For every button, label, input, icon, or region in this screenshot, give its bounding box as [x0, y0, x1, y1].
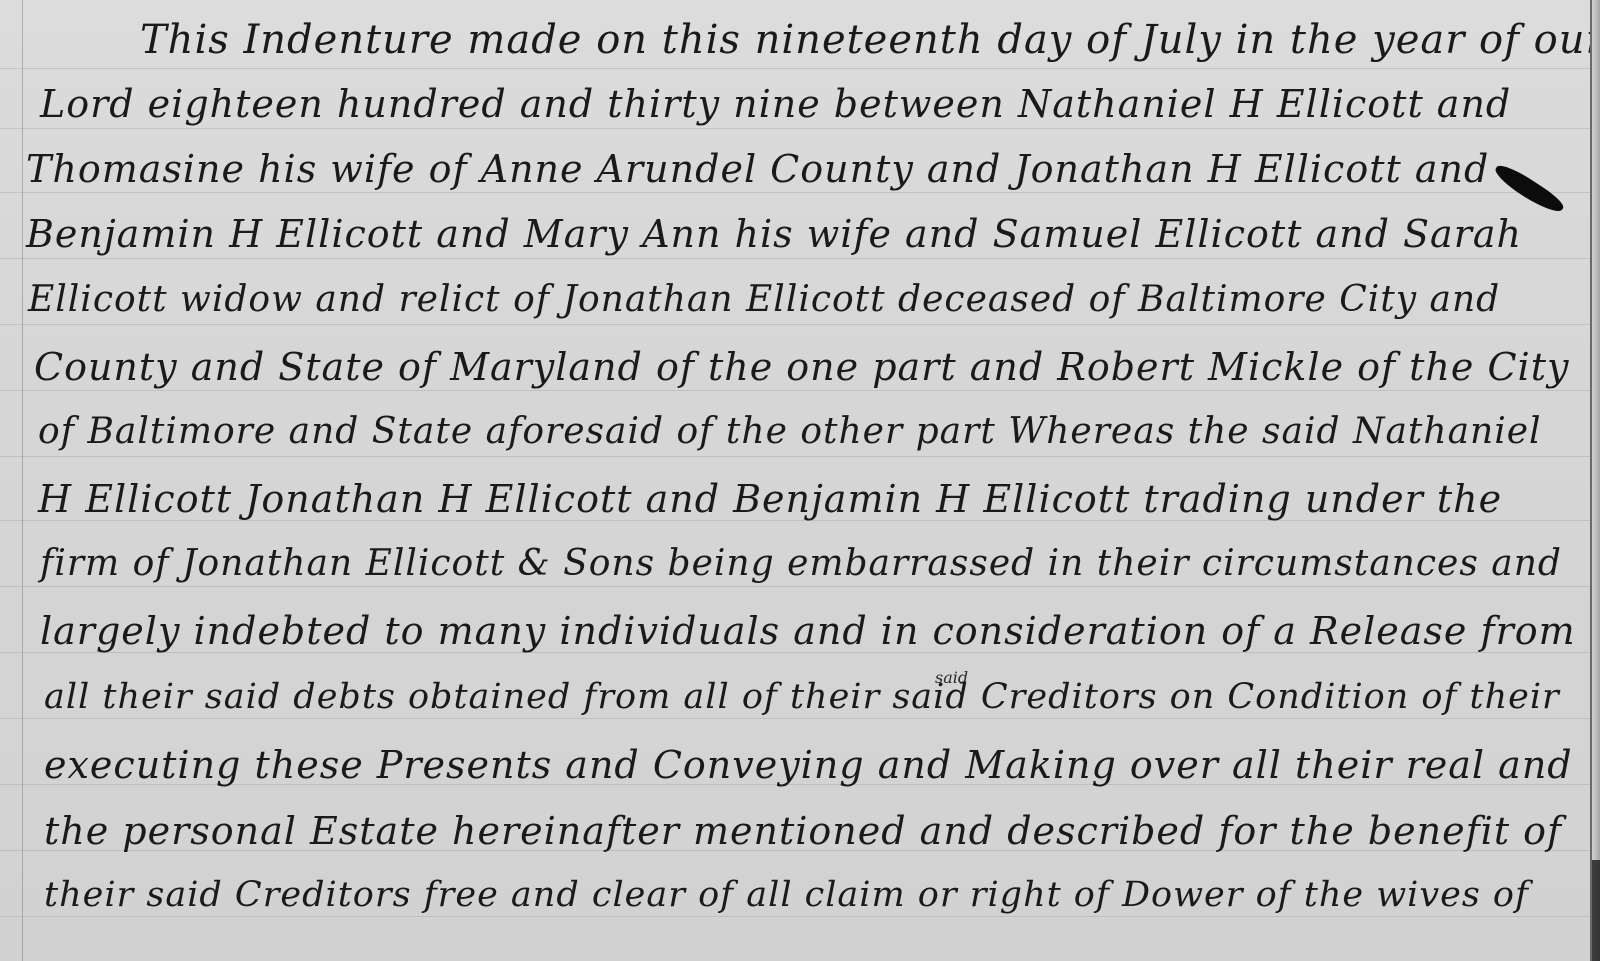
ruled-line	[0, 324, 1590, 325]
page-edge-shadow	[1592, 860, 1600, 961]
left-margin-line	[22, 0, 23, 961]
document-page: This Indenture made on this nineteenth d…	[0, 0, 1600, 961]
text-line-8: H Ellicott Jonathan H Ellicott and Benja…	[38, 480, 1502, 518]
text-line-2: Lord eighteen hundred and thirty nine be…	[40, 85, 1511, 123]
ruled-line	[0, 916, 1590, 917]
text-line-3: Thomasine his wife of Anne Arundel Count…	[26, 150, 1489, 188]
text-line-11: all their said debts obtained from all o…	[44, 680, 1560, 715]
text-line-1: This Indenture made on this nineteenth d…	[140, 20, 1600, 60]
ruled-line	[0, 718, 1590, 719]
ruled-line	[0, 456, 1590, 457]
text-line-13: the personal Estate hereinafter mentione…	[44, 812, 1562, 850]
page-edge	[1590, 0, 1600, 961]
ink-blot	[1491, 160, 1566, 218]
ruled-line	[0, 68, 1590, 69]
text-line-9: firm of Jonathan Ellicott & Sons being e…	[40, 546, 1562, 582]
ruled-line	[0, 192, 1590, 193]
ruled-line	[0, 390, 1590, 391]
text-line-12: executing these Presents and Conveying a…	[44, 746, 1573, 784]
ruled-line	[0, 258, 1590, 259]
ruled-line	[0, 128, 1590, 129]
text-line-6: County and State of Maryland of the one …	[34, 348, 1569, 386]
text-line-4: Benjamin H Ellicott and Mary Ann his wif…	[26, 215, 1522, 253]
text-line-14: their said Creditors free and clear of a…	[44, 878, 1529, 913]
text-line-5: Ellicott widow and relict of Jonathan El…	[28, 282, 1500, 318]
ruled-line	[0, 586, 1590, 587]
text-line-7: of Baltimore and State aforesaid of the …	[38, 414, 1542, 450]
text-line-10: largely indebted to many individuals and…	[40, 612, 1576, 650]
